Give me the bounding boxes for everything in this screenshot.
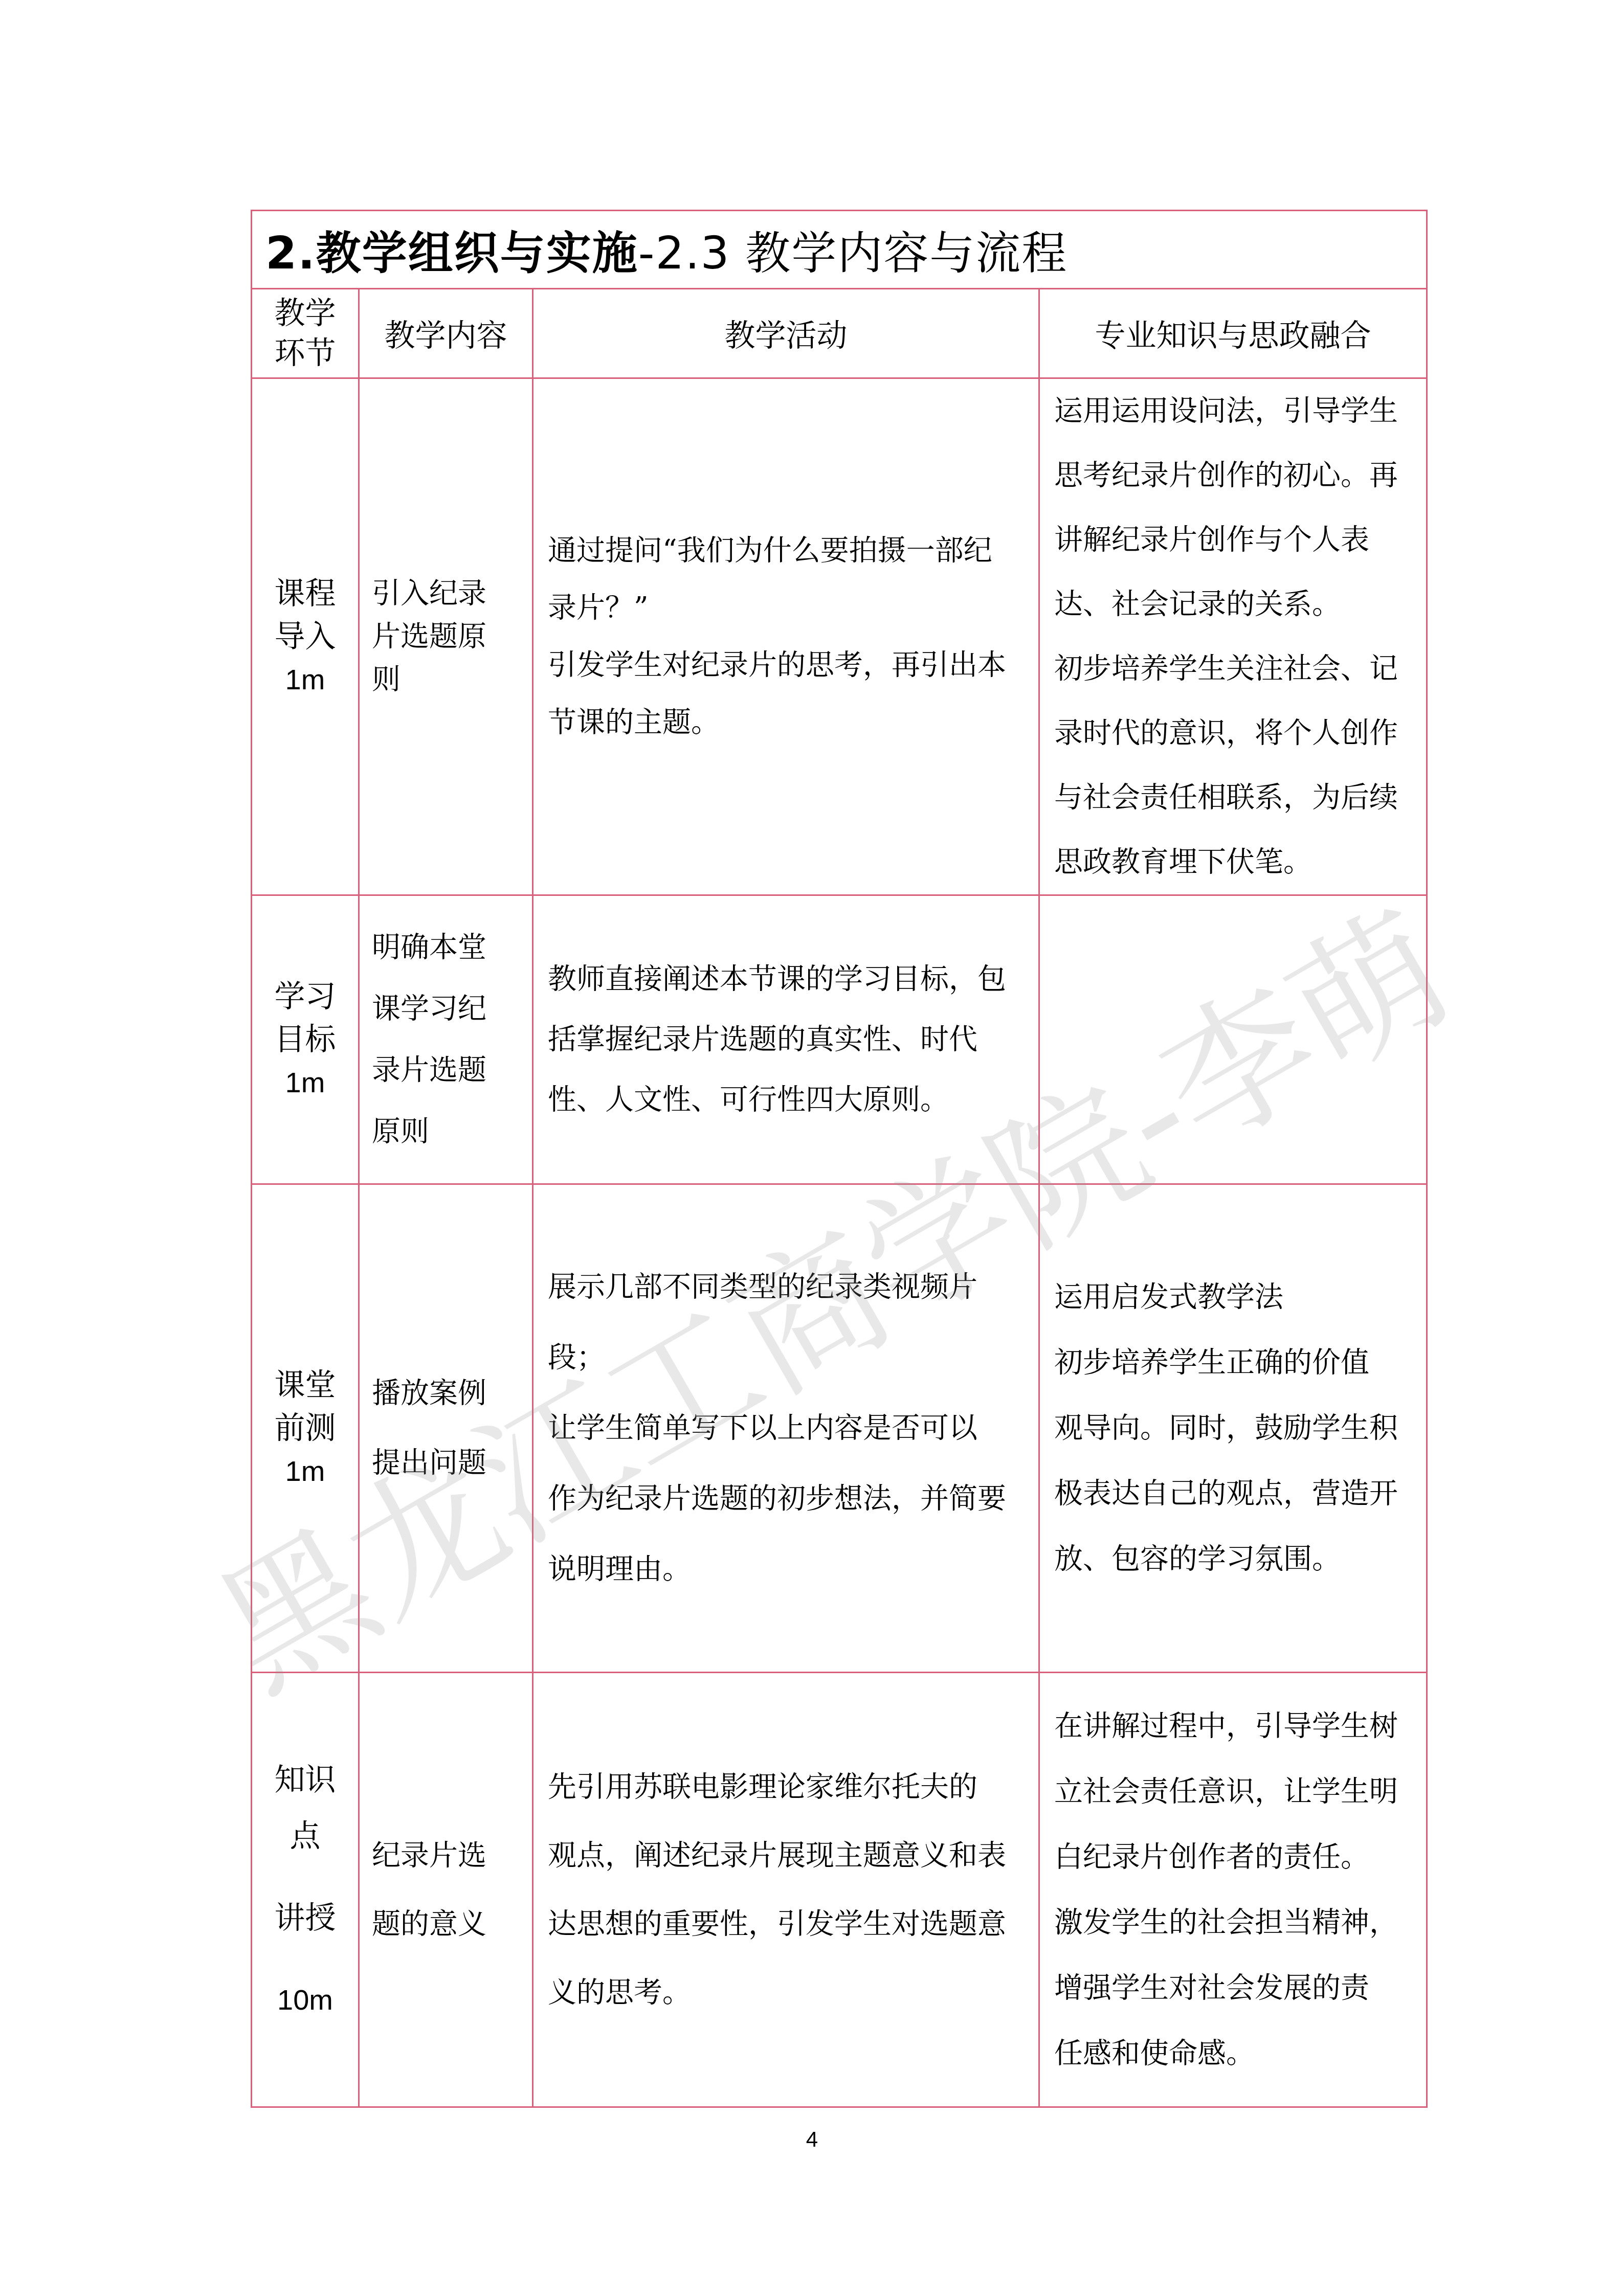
integration-line: 初步培养学生正确的价值 xyxy=(1054,1330,1412,1395)
section-title: 2.教学组织与实施-2.3 教学内容与流程 xyxy=(252,211,1427,289)
activity-line: 通过提问“我们为什么要拍摄一部纪 xyxy=(548,522,1024,579)
content-cell: 播放案例 提出问题 xyxy=(359,1184,533,1673)
integration-line: 思政教育埋下伏笔。 xyxy=(1054,830,1412,894)
integration-cell: 运用运用设问法，引导学生 思考纪录片创作的初心。再 讲解纪录片创作与个人表 达、… xyxy=(1039,378,1427,895)
stage-cell: 课程 导入 1m xyxy=(252,378,359,895)
activity-line: 引发学生对纪录片的思考，再引出本 xyxy=(548,637,1024,694)
integration-line: 运用启发式教学法 xyxy=(1054,1265,1412,1330)
stage-label: 点 xyxy=(252,1808,358,1864)
activity-line: 义的思考。 xyxy=(548,1959,1024,2027)
stage-label: 课程 xyxy=(252,572,358,615)
stage-cell: 知识 点 讲授 10m xyxy=(252,1673,359,2107)
content-cell: 纪录片选 题的意义 xyxy=(359,1673,533,2107)
integration-line: 激发学生的社会担当精神， xyxy=(1054,1890,1412,1955)
activity-line: 作为纪录片选题的初步想法，并简要 xyxy=(548,1464,1024,1534)
activity-line: 让学生简单写下以上内容是否可以 xyxy=(548,1393,1024,1464)
content-cell: 明确本堂 课学习纪 录片选题 原则 xyxy=(359,895,533,1184)
table-row: 课堂 前测 1m 播放案例 提出问题 展示几部不同类型的纪录类视频片 段； 让学… xyxy=(252,1184,1427,1673)
content-line: 课学习纪 xyxy=(372,978,520,1040)
integration-line: 极表达自己的观点，营造开 xyxy=(1054,1461,1412,1526)
activity-line: 说明理由。 xyxy=(548,1534,1024,1605)
stage-label: 讲授 xyxy=(252,1890,358,1946)
integration-line: 录时代的意识，将个人创作 xyxy=(1054,701,1412,766)
integration-cell: 运用启发式教学法 初步培养学生正确的价值 观导向。同时，鼓励学生积 极表达自己的… xyxy=(1039,1184,1427,1673)
content-line: 原则 xyxy=(372,1101,520,1162)
section-title-main: 2.教学组织与实施 xyxy=(265,227,638,279)
activity-line: 录片？” xyxy=(548,579,1024,637)
activity-cell: 先引用苏联电影理论家维尔托夫的 观点，阐述纪录片展现主题意义和表 达思想的重要性… xyxy=(533,1673,1039,2107)
activity-line: 展示几部不同类型的纪录类视频片 xyxy=(548,1252,1024,1322)
table-row: 课程 导入 1m 引入纪录 片选题原 则 通过提问“我们为什么要拍摄一部纪 录片… xyxy=(252,378,1427,895)
stage-duration: 1m xyxy=(252,658,358,701)
integration-line: 观导向。同时，鼓励学生积 xyxy=(1054,1395,1412,1461)
stage-label: 课堂 xyxy=(252,1364,358,1407)
activity-line: 节课的主题。 xyxy=(548,694,1024,751)
title-row: 2.教学组织与实施-2.3 教学内容与流程 xyxy=(252,211,1427,289)
stage-label: 学习 xyxy=(252,975,358,1018)
header-stage-line: 教学 xyxy=(252,294,358,333)
stage-duration: 10m xyxy=(252,1972,358,2028)
activity-line: 教师直接阐述本节课的学习目标，包 xyxy=(548,949,1024,1009)
teaching-plan-table: 2.教学组织与实施-2.3 教学内容与流程 教学环节 教学内容 教学活动 专业知… xyxy=(251,210,1428,2108)
stage-cell: 课堂 前测 1m xyxy=(252,1184,359,1673)
document-page: 2.教学组织与实施-2.3 教学内容与流程 教学环节 教学内容 教学活动 专业知… xyxy=(0,0,1624,2296)
activity-line: 性、人文性、可行性四大原则。 xyxy=(548,1070,1024,1130)
integration-cell xyxy=(1039,895,1427,1184)
integration-line: 任感和使命感。 xyxy=(1054,2021,1412,2086)
activity-line: 达思想的重要性，引发学生对选题意 xyxy=(548,1890,1024,1959)
integration-line: 达、社会记录的关系。 xyxy=(1054,572,1412,637)
content-cell: 引入纪录 片选题原 则 xyxy=(359,378,533,895)
section-title-sub: -2.3 教学内容与流程 xyxy=(638,227,1068,279)
header-content: 教学内容 xyxy=(359,289,533,378)
table-row: 学习 目标 1m 明确本堂 课学习纪 录片选题 原则 教师直接阐述本节课的学习目… xyxy=(252,895,1427,1184)
stage-cell: 学习 目标 1m xyxy=(252,895,359,1184)
content-line: 片选题原 xyxy=(372,615,520,658)
integration-line: 白纪录片创作者的责任。 xyxy=(1054,1825,1412,1890)
content-line: 则 xyxy=(372,658,520,701)
header-stage-line: 环节 xyxy=(252,333,358,373)
activity-cell: 通过提问“我们为什么要拍摄一部纪 录片？” 引发学生对纪录片的思考，再引出本 节… xyxy=(533,378,1039,895)
stage-duration: 1m xyxy=(252,1450,358,1493)
integration-line: 讲解纪录片创作与个人表 xyxy=(1054,508,1412,572)
content-line: 明确本堂 xyxy=(372,917,520,978)
activity-cell: 教师直接阐述本节课的学习目标，包 括掌握纪录片选题的真实性、时代 性、人文性、可… xyxy=(533,895,1039,1184)
integration-line: 立社会责任意识，让学生明 xyxy=(1054,1759,1412,1825)
integration-line: 运用运用设问法，引导学生 xyxy=(1054,379,1412,443)
activity-line: 观点，阐述纪录片展现主题意义和表 xyxy=(548,1821,1024,1890)
page-number: 4 xyxy=(0,2127,1624,2152)
content-line: 纪录片选 xyxy=(372,1821,520,1890)
activity-line: 先引用苏联电影理论家维尔托夫的 xyxy=(548,1753,1024,1821)
content-line: 播放案例 xyxy=(372,1359,520,1428)
integration-line: 放、包容的学习氛围。 xyxy=(1054,1526,1412,1592)
table-row: 知识 点 讲授 10m 纪录片选 题的意义 先引用苏联电影理论家维尔托夫的 观点… xyxy=(252,1673,1427,2107)
content-line: 提出问题 xyxy=(372,1428,520,1498)
integration-line: 增强学生对社会发展的责 xyxy=(1054,1955,1412,2021)
activity-line: 括掌握纪录片选题的真实性、时代 xyxy=(548,1009,1024,1070)
stage-label: 前测 xyxy=(252,1407,358,1450)
content-line: 题的意义 xyxy=(372,1890,520,1959)
content-line: 录片选题 xyxy=(372,1040,520,1101)
integration-line: 思考纪录片创作的初心。再 xyxy=(1054,443,1412,508)
activity-line: 段； xyxy=(548,1322,1024,1393)
header-row: 教学环节 教学内容 教学活动 专业知识与思政融合 xyxy=(252,289,1427,378)
integration-line: 在讲解过程中，引导学生树 xyxy=(1054,1694,1412,1759)
integration-line: 与社会责任相联系，为后续 xyxy=(1054,766,1412,830)
stage-label: 知识 xyxy=(252,1752,358,1808)
integration-line: 初步培养学生关注社会、记 xyxy=(1054,637,1412,701)
stage-label: 导入 xyxy=(252,615,358,658)
content-line: 引入纪录 xyxy=(372,572,520,615)
integration-cell: 在讲解过程中，引导学生树 立社会责任意识，让学生明 白纪录片创作者的责任。 激发… xyxy=(1039,1673,1427,2107)
activity-cell: 展示几部不同类型的纪录类视频片 段； 让学生简单写下以上内容是否可以 作为纪录片… xyxy=(533,1184,1039,1673)
stage-label: 目标 xyxy=(252,1018,358,1061)
header-activity: 教学活动 xyxy=(533,289,1039,378)
stage-duration: 1m xyxy=(252,1061,358,1104)
header-integration: 专业知识与思政融合 xyxy=(1039,289,1427,378)
header-stage: 教学环节 xyxy=(252,289,359,378)
